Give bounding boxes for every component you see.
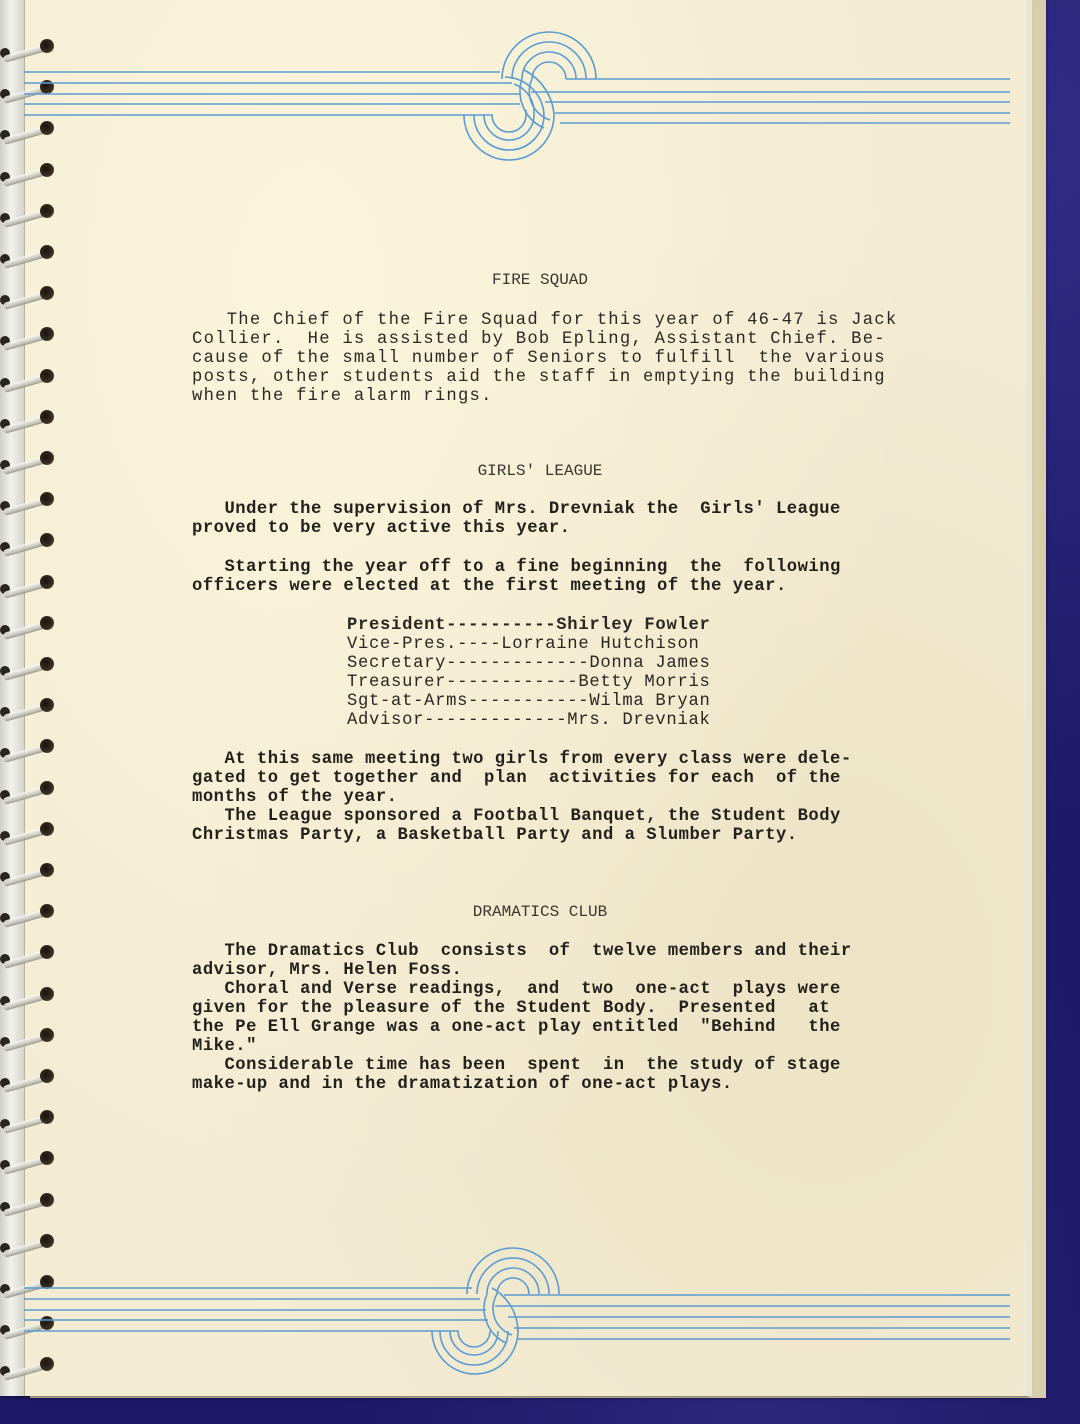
text-line: The Dramatics Club consists of twelve me… [192,942,892,961]
text-line: Christmas Party, a Basketball Party and … [192,826,892,845]
text-line: Mike." [192,1037,892,1056]
officer-row: President----------Shirley Fowler [347,616,711,635]
text-line: gated to get together and plan activitie… [192,769,892,788]
spiral-coil-icon [2,244,52,262]
spiral-coil-icon [2,409,52,427]
officer-leader-dashes: ------------- [424,711,567,730]
officer-role: Treasurer [347,673,446,692]
officer-leader-dashes: ---- [457,635,501,654]
officer-role: Advisor [347,711,424,730]
bottom-staff-ornament [0,1240,1030,1424]
text-line: Under the supervision of Mrs. Drevniak t… [192,500,892,519]
text-line: Starting the year off to a fine beginnin… [192,558,892,577]
spiral-coil-icon [2,368,52,386]
spiral-coil-icon [2,656,52,674]
text-line: officers were elected at the first meeti… [192,577,892,596]
text-line: posts, other students aid the staff in e… [192,368,892,387]
text-line: proved to be very active this year. [192,519,892,538]
girls-league-intro-paragraph: Under the supervision of Mrs. Drevniak t… [192,500,892,538]
officer-role: Sgt-at-Arms [347,692,468,711]
text-line: when the fire alarm rings. [192,387,892,406]
spiral-coil-icon [2,780,52,798]
officer-row: Sgt-at-Arms-----------Wilma Bryan [347,692,711,711]
spiral-coil-icon [2,697,52,715]
text-line: cause of the small number of Seniors to … [192,349,892,368]
girls-league-closing-paragraph: At this same meeting two girls from ever… [192,750,892,845]
officer-leader-dashes: ----------- [468,692,589,711]
staff-s-swirl-icon [0,20,1030,210]
officer-row: Treasurer------------Betty Morris [347,673,711,692]
officer-row: Vice-Pres.----Lorraine Hutchison [347,635,711,654]
text-line: Choral and Verse readings, and two one-a… [192,980,892,999]
spiral-coil-icon [2,1150,52,1168]
text-line: given for the pleasure of the Student Bo… [192,999,892,1018]
text-line: The League sponsored a Football Banquet,… [192,807,892,826]
spiral-coil-icon [2,1192,52,1210]
section-title-fire-squad: FIRE SQUAD [0,271,1080,289]
officers-list: President----------Shirley FowlerVice-Pr… [347,616,711,730]
spiral-coil-icon [2,326,52,344]
spiral-coil-icon [2,862,52,880]
spiral-coil-icon [2,986,52,1004]
officer-role: President [347,616,446,635]
girls-league-election-paragraph: Starting the year off to a fine beginnin… [192,558,892,596]
spiral-coil-icon [2,1109,52,1127]
spiral-coil-icon [2,738,52,756]
officer-leader-dashes: ------------ [446,673,578,692]
officer-name: Donna James [589,654,710,673]
officer-name: Lorraine Hutchison [501,635,699,654]
spiral-coil-icon [2,574,52,592]
spiral-coil-icon [2,821,52,839]
text-line: Considerable time has been spent in the … [192,1056,892,1075]
spiral-coil-icon [2,944,52,962]
text-line: Collier. He is assisted by Bob Epling, A… [192,330,892,349]
officer-leader-dashes: ---------- [446,616,556,635]
officer-name: Shirley Fowler [556,616,710,635]
officer-role: Secretary [347,654,446,673]
dramatics-club-paragraph: The Dramatics Club consists of twelve me… [192,942,892,1094]
text-line: the Pe Ell Grange was a one-act play ent… [192,1018,892,1037]
spiral-coil-icon [2,1068,52,1086]
top-staff-ornament [0,20,1030,210]
notebook-page: FIRE SQUAD The Chief of the Fire Squad f… [0,0,1028,1396]
text-line: The Chief of the Fire Squad for this yea… [192,311,892,330]
staff-s-swirl-icon [0,1240,1030,1424]
officer-row: Advisor-------------Mrs. Drevniak [347,711,711,730]
spiral-coil-icon [2,532,52,550]
officer-name: Mrs. Drevniak [567,711,710,730]
fire-squad-paragraph: The Chief of the Fire Squad for this yea… [192,311,892,406]
officer-name: Betty Morris [578,673,710,692]
section-title-dramatics-club: DRAMATICS CLUB [0,903,1080,921]
officer-row: Secretary-------------Donna James [347,654,711,673]
officer-role: Vice-Pres. [347,635,457,654]
officer-name: Wilma Bryan [589,692,710,711]
officer-leader-dashes: ------------- [446,654,589,673]
spiral-coil-icon [2,491,52,509]
spiral-coil-icon [2,615,52,633]
text-line: months of the year. [192,788,892,807]
text-line: advisor, Mrs. Helen Foss. [192,961,892,980]
spiral-coil-icon [2,1027,52,1045]
text-line: make-up and in the dramatization of one-… [192,1075,892,1094]
text-line: At this same meeting two girls from ever… [192,750,892,769]
section-title-girls-league: GIRLS' LEAGUE [0,462,1080,480]
